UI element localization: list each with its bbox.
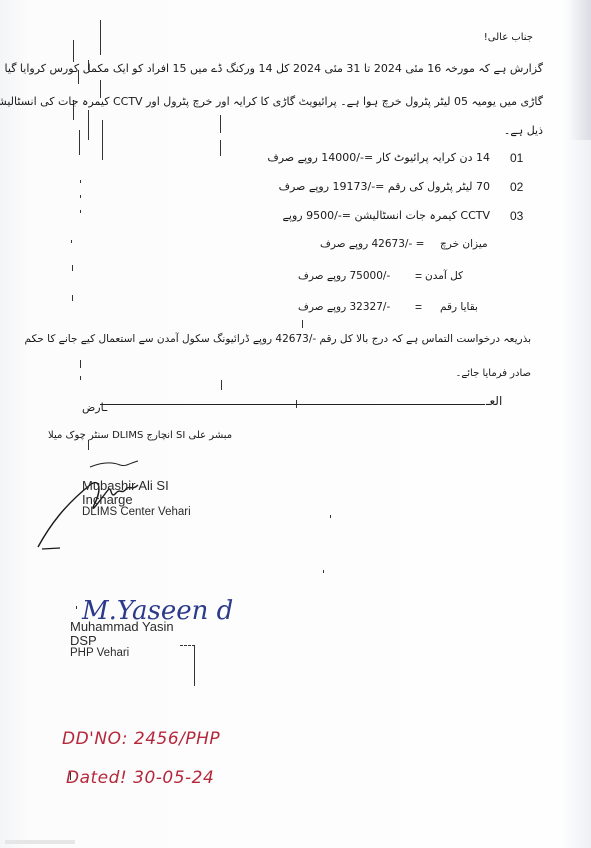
stamp-dsp: Muhammad Yasin DSP PHP Vehari	[70, 620, 174, 659]
item-text: CCTV کیمرہ جات انسٹالیشن =-/9500 روپے	[300, 209, 490, 222]
closing-line	[100, 404, 485, 405]
stamp-incharge: Mubashir Ali SI Incharge DLIMS Center Ve…	[82, 479, 191, 518]
summary-equals: =	[415, 269, 422, 283]
summary-label: کل آمدن	[425, 270, 463, 282]
dd-number: DD'NO: 2456/PHP	[62, 729, 220, 749]
stamp-office: PHP Vehari	[70, 647, 174, 659]
summary-label: بقایا رقم	[440, 301, 478, 313]
item-number: 02	[510, 180, 523, 194]
body-line-2: گاڑی میں یومیہ 05 لیٹر پٹرول خرچ ہوا ہے۔…	[0, 95, 543, 108]
request-line-1: بذریعہ درخواست التماس ہے کہ درج بالا کل …	[25, 333, 531, 345]
stamp-title: Incharge	[82, 493, 191, 507]
item-text: 70 لیٹر پٹرول کی رقم =-/19173 روپے صرف	[300, 180, 490, 193]
dated: Dated! 30-05-24	[66, 768, 214, 788]
officer-urdu-designation: مبشر علی SI انچارج DLIMS سنٹر چوک میلا	[48, 430, 232, 441]
stamp-title: DSP	[70, 634, 174, 648]
body-line-3: ذیل ہے۔	[504, 124, 543, 137]
closing-left: ـارض	[82, 401, 107, 414]
item-text: 14 دن کرایہ پرائیوٹ کار =-/14000 روپے صر…	[300, 151, 490, 164]
summary-label: میزان خرچ	[440, 238, 488, 250]
body-line-1: گزارش ہے کہ مورخہ 16 مئی 2024 تا 31 مئی …	[0, 62, 543, 75]
stamp-office: DLIMS Center Vehari	[82, 506, 191, 518]
stamp-name: Muhammad Yasin	[70, 620, 174, 634]
summary-value: = -/42673 روپے صرف	[320, 238, 424, 250]
scanned-document-page: جناب عالی! گزارش ہے کہ مورخہ 16 مئی 2024…	[0, 0, 591, 848]
stamp-name: Mubashir Ali SI	[82, 479, 191, 493]
item-number: 01	[510, 151, 523, 165]
item-number: 03	[510, 209, 523, 223]
scan-edge-shading	[569, 0, 591, 140]
scanner-watermark	[5, 840, 75, 844]
salutation: جناب عالی!	[484, 32, 533, 43]
stamp-bracket	[180, 645, 195, 686]
request-line-2: صادر فرمایا جائے۔	[456, 368, 531, 379]
summary-equals: =	[415, 300, 422, 314]
summary-value: -/32327 روپے صرف	[298, 301, 390, 313]
closing-right: العـ	[486, 394, 502, 408]
summary-value: -/75000 روپے صرف	[298, 270, 390, 282]
